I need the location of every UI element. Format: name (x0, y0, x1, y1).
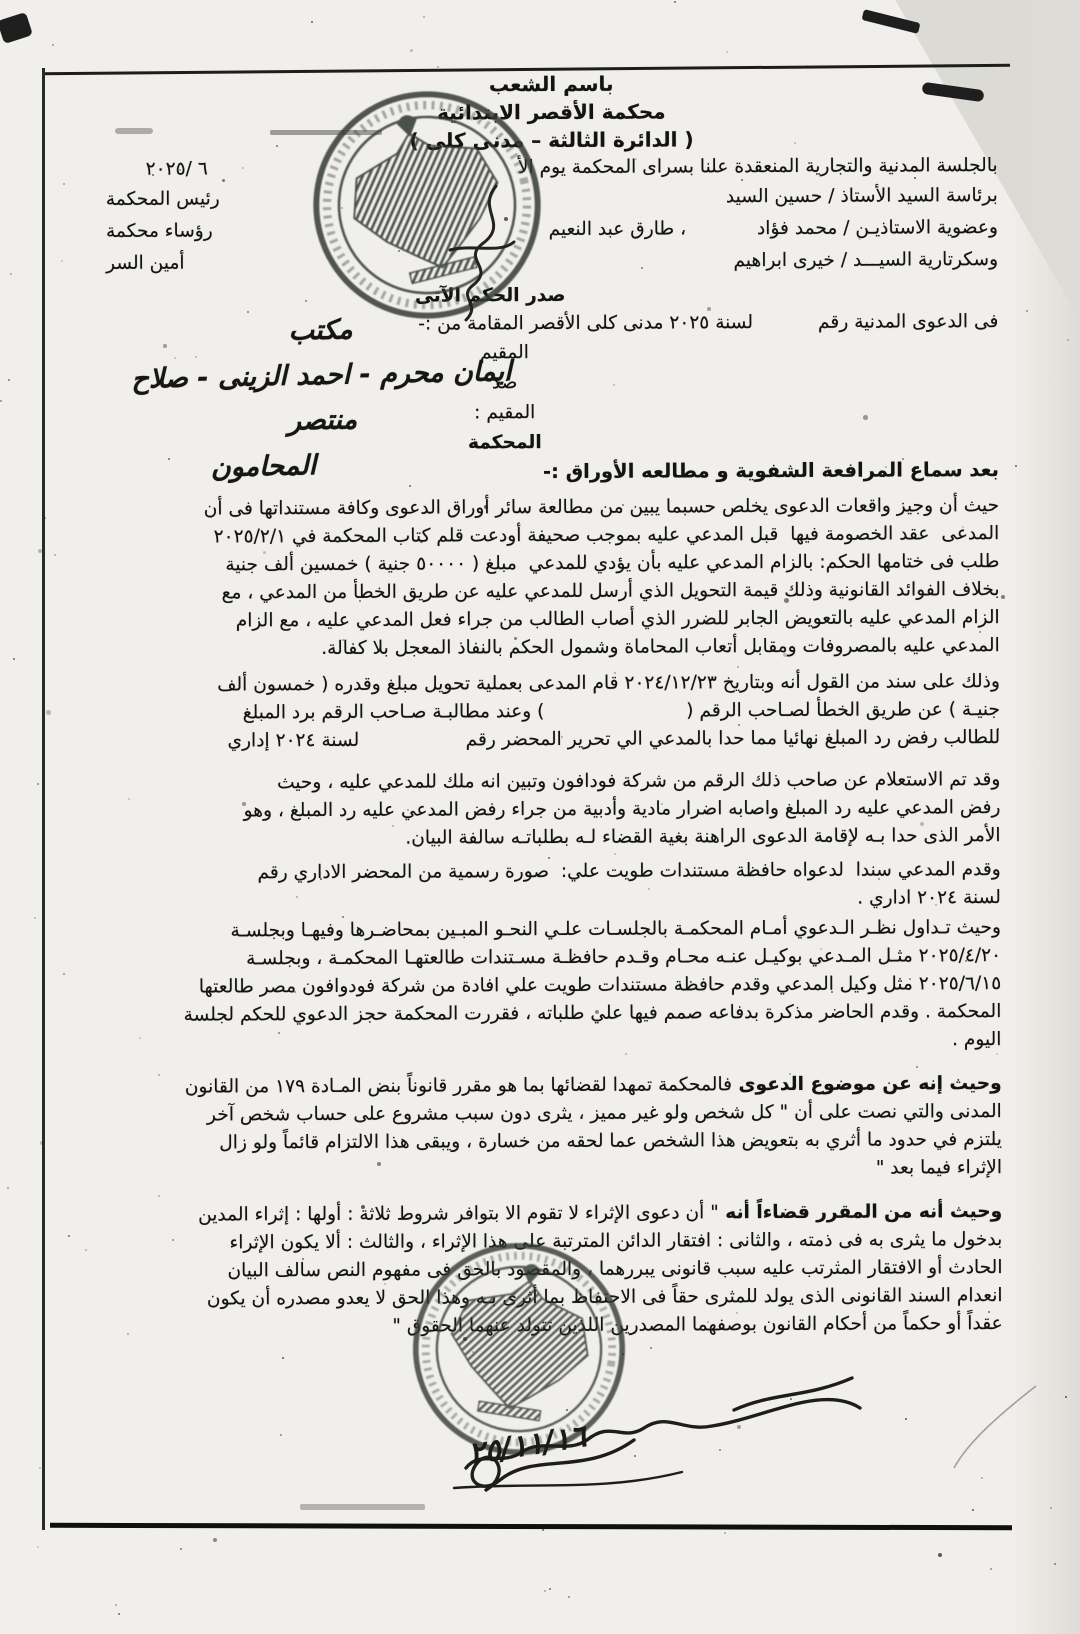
paragraph-lead: وحيث إنه عن موضوع الدعوى (732, 1073, 1002, 1095)
noise-speck (68, 1235, 70, 1237)
noise-speck (738, 724, 740, 726)
noise-speck (863, 415, 868, 420)
paragraph-text: وحيث تـداول نظـر الـدعوي أمـام المحكمـة … (184, 917, 1002, 1050)
noise-speck (650, 1347, 652, 1349)
noise-speck (707, 1321, 709, 1323)
noise-speck (463, 1337, 467, 1341)
noise-speck (548, 857, 550, 859)
scanned-court-judgment-page: { "page": { "in_the_name": "باسم الشعب",… (0, 0, 1080, 1634)
noise-speck (423, 16, 425, 18)
in-the-name-of-people: باسم الشعب (105, 68, 997, 100)
noise-speck (542, 1529, 544, 1531)
session-text: بالجلسة المدنية والتجارية المنعقدة علنا … (518, 152, 998, 182)
noise-speck (736, 1312, 738, 1314)
noise-speck (168, 458, 170, 460)
noise-speck (784, 598, 789, 603)
noise-speck (613, 384, 615, 386)
panel-members-names: وعضوية الاستاذيـن / محمد فؤاد ، طارق عبد… (549, 212, 998, 246)
noise-speck (320, 878, 322, 880)
noise-speck (803, 1271, 805, 1273)
noise-speck (1067, 339, 1069, 341)
session-date: ٦ /٢٠٢٥ (146, 156, 208, 184)
noise-speck (902, 458, 904, 460)
noise-speck (172, 1239, 174, 1241)
noise-speck (309, 568, 311, 570)
noise-speck (706, 1116, 708, 1118)
noise-speck (179, 169, 181, 171)
noise-speck (990, 1568, 992, 1570)
noise-speck (979, 631, 981, 633)
handwritten-lawyers-note: مكتب ايمان محرم - احمد الزينى - صلاح منت… (110, 304, 534, 493)
noise-speck (546, 540, 548, 542)
noise-speck (916, 1066, 918, 1068)
noise-speck (7, 1187, 9, 1189)
noise-speck (965, 960, 967, 962)
noise-speck (806, 65, 808, 67)
noise-speck (44, 517, 46, 519)
paragraph-sessions: وحيث تـداول نظـر الـدعوي أمـام المحكمـة … (109, 914, 1002, 1058)
noise-speck (174, 357, 176, 359)
noise-speck (409, 485, 411, 487)
noise-speck (614, 672, 616, 674)
noise-speck (625, 1053, 627, 1055)
panel-president-row: برئاسة السيد الأستاذ / حسين السيد رئيس ا… (106, 180, 998, 216)
noise-speck (634, 1455, 636, 1457)
noise-speck (0, 400, 2, 402)
noise-speck (282, 1357, 284, 1359)
noise-speck (10, 273, 12, 275)
noise-speck (707, 307, 711, 311)
noise-speck (342, 916, 344, 918)
paragraph-facts: حيث أن وجيز واقعات الدعوى يخلص حسبما يبي… (107, 492, 1000, 664)
noise-speck (341, 207, 343, 209)
noise-speck (152, 174, 154, 176)
scan-mark (0, 12, 33, 44)
panel-secretary-role: أمين السر (106, 248, 185, 280)
noise-speck (789, 1073, 791, 1075)
noise-speck (661, 803, 663, 805)
noise-speck (63, 973, 65, 975)
noise-speck (158, 1195, 160, 1197)
paragraph-text: وقدم المدعي سندا لدعواه حافظة مستندات طو… (257, 859, 1000, 909)
noise-speck (276, 145, 278, 147)
noise-speck (1026, 310, 1028, 312)
noise-speck (561, 736, 563, 738)
noise-speck (566, 1409, 568, 1411)
noise-speck (1015, 465, 1017, 467)
noise-speck (741, 179, 743, 181)
noise-speck (280, 1434, 282, 1436)
handwritten-lawyer-names: ايمان محرم - احمد الزينى - صلاح منتصر (131, 356, 512, 437)
panel-secretary-name: وسكرتارية السيـــد / خيرى ابراهيم (733, 244, 998, 277)
noise-speck (635, 158, 637, 160)
noise-speck (614, 853, 616, 855)
noise-speck (398, 250, 400, 252)
judge-signature-scribble (412, 178, 542, 328)
noise-speck (1065, 1396, 1067, 1398)
noise-speck (962, 526, 964, 528)
noise-speck (127, 1333, 129, 1335)
noise-speck (54, 554, 56, 556)
secretary-signature (382, 1356, 882, 1501)
noise-speck (410, 49, 413, 52)
noise-speck (302, 1258, 304, 1260)
noise-speck (139, 1037, 141, 1039)
noise-speck (532, 140, 534, 142)
court-name: محكمة الأقصر الابتدائية (105, 96, 997, 128)
noise-speck (8, 379, 10, 381)
noise-speck (997, 728, 999, 730)
noise-speck (392, 825, 394, 827)
paragraph-transfer: وذلك على سند من القول أنه وبتاريخ ٢٠٢٤/١… (108, 668, 1000, 756)
noise-speck (674, 1, 676, 3)
noise-speck (34, 917, 36, 919)
noise-speck (719, 1449, 721, 1451)
noise-speck (37, 1546, 39, 1548)
noise-speck (242, 802, 246, 806)
panel-members-role: رؤساء محكمة (106, 215, 213, 247)
noise-speck (641, 267, 643, 269)
noise-speck (848, 830, 850, 832)
noise-speck (544, 1590, 546, 1592)
panel-president-name: برئاسة السيد الأستاذ / حسين السيد (726, 180, 998, 213)
noise-speck (180, 1548, 182, 1550)
noise-speck (39, 1467, 41, 1469)
noise-speck (213, 1538, 217, 1542)
noise-speck (13, 658, 15, 660)
noise-speck (622, 504, 624, 506)
noise-speck (820, 948, 822, 950)
noise-speck (437, 66, 439, 68)
noise-speck (914, 177, 916, 179)
noise-speck (242, 167, 244, 169)
noise-speck (61, 260, 63, 262)
faint-pen-stroke (840, 1378, 1050, 1478)
panel-president-role: رئيس المحكمة (106, 183, 220, 215)
noise-speck (1050, 1507, 1052, 1509)
noise-speck (479, 203, 481, 205)
noise-speck (437, 1239, 439, 1241)
noise-speck (629, 1090, 631, 1092)
noise-speck (311, 21, 313, 23)
noise-speck (938, 1553, 942, 1557)
noise-speck (878, 878, 880, 880)
scan-border-bottom (50, 1523, 1012, 1530)
noise-speck (549, 1588, 551, 1590)
noise-speck (158, 1074, 160, 1076)
circuit-name: ( الدائرة الثالثة – مدنى كلى ) (105, 124, 997, 156)
noise-speck (935, 904, 937, 906)
noise-speck (568, 1596, 570, 1598)
noise-speck (247, 311, 249, 313)
paragraph-law-article-179: وحيث إنه عن موضوع الدعوى فالمحكمة تمهدا … (110, 1070, 1002, 1186)
paragraph-documents: وقدم المدعي سندا لدعواه حافظة مستندات طو… (109, 856, 1001, 916)
noise-speck (1001, 595, 1005, 599)
noise-speck (361, 1205, 365, 1209)
noise-speck (46, 710, 51, 715)
noise-speck (384, 1283, 386, 1285)
noise-speck (648, 888, 650, 890)
noise-speck (472, 1351, 474, 1353)
noise-speck (622, 1353, 624, 1355)
noise-speck (163, 344, 167, 348)
noise-speck (128, 798, 130, 800)
noise-speck (981, 1477, 983, 1479)
noise-speck (909, 978, 911, 980)
noise-speck (996, 1053, 998, 1055)
noise-speck (294, 991, 296, 993)
noise-speck (972, 1509, 974, 1511)
noise-speck (837, 1261, 839, 1263)
noise-speck (936, 1113, 938, 1115)
paragraph-text: حيث أن وجيز واقعات الدعوى يخلص حسبما يبي… (204, 495, 1000, 659)
noise-speck (85, 1249, 87, 1251)
noise-speck (407, 809, 409, 811)
scan-smudge (300, 1504, 425, 1510)
noise-speck (63, 183, 65, 185)
noise-speck (305, 300, 307, 302)
paragraph-text: وقد تم الاستعلام عن صاحب ذلك الرقم من شر… (244, 769, 1001, 849)
noise-speck (790, 1398, 792, 1400)
noise-speck (829, 589, 831, 591)
noise-speck (278, 1032, 280, 1034)
noise-speck (37, 783, 39, 785)
noise-speck (905, 1418, 907, 1420)
noise-speck (724, 1532, 726, 1534)
paragraph-text: وذلك على سند من القول أنه وبتاريخ ٢٠٢٤/١… (217, 671, 1000, 751)
noise-speck (195, 356, 197, 358)
noise-speck (726, 51, 728, 53)
noise-speck (831, 991, 833, 993)
noise-speck (52, 44, 54, 46)
noise-speck (988, 1311, 990, 1313)
noise-speck (115, 1604, 117, 1606)
paragraph-vodafone-inquiry: وقد تم الاستعلام عن صاحب ذلك الرقم من شر… (108, 766, 1000, 854)
noise-speck (296, 896, 298, 898)
session-line: بالجلسة المدنية والتجارية المنعقدة علنا … (106, 152, 998, 184)
noise-speck (342, 639, 344, 641)
noise-speck (359, 600, 361, 602)
noise-speck (118, 1613, 120, 1615)
noise-speck (885, 466, 887, 468)
noise-speck (1054, 1563, 1056, 1565)
paragraph-lead: وحيث أنه من المقرر قضاءاً أنه (719, 1201, 1003, 1223)
noise-speck (737, 666, 739, 668)
noise-speck (794, 142, 796, 144)
